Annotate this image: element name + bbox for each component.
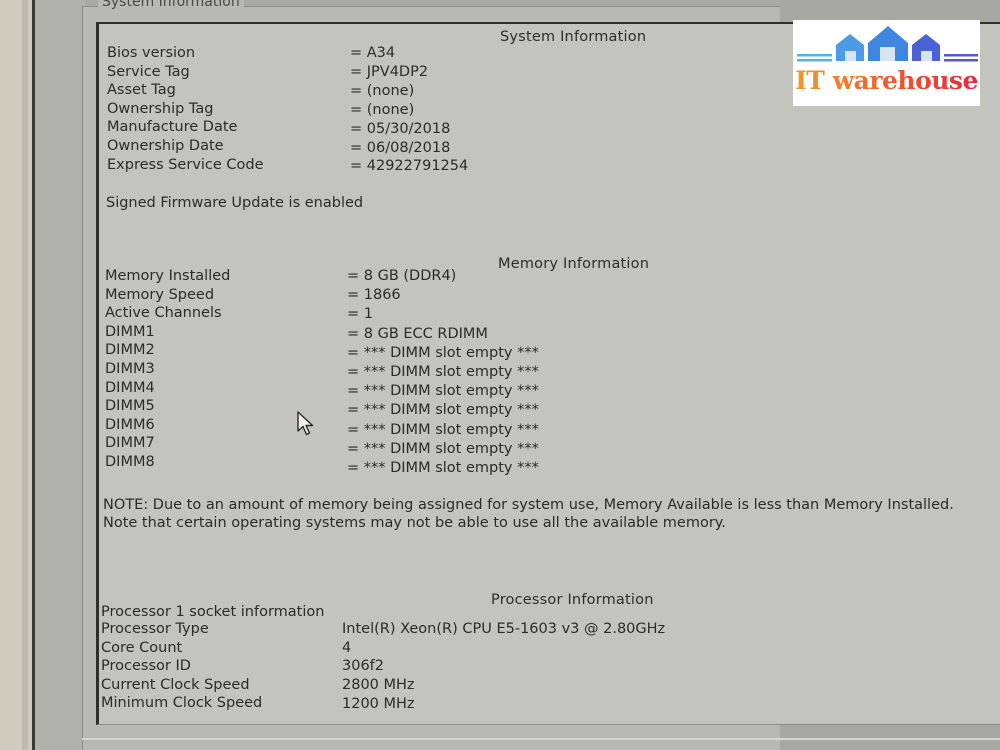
system-info-label: Manufacture Date xyxy=(107,119,237,135)
memory-info-value: = *** DIMM slot empty *** xyxy=(347,422,539,438)
processor-info-value: 4 xyxy=(342,640,351,656)
memory-info-label: DIMM8 xyxy=(105,454,155,470)
memory-information-title: Memory Information xyxy=(498,256,649,272)
memory-note: NOTE: Due to an amount of memory being a… xyxy=(103,496,963,532)
memory-info-value: = 8 GB ECC RDIMM xyxy=(347,326,488,342)
system-info-value: = A34 xyxy=(350,45,395,61)
it-warehouse-logo: IT warehouse xyxy=(793,20,980,106)
memory-info-label: DIMM1 xyxy=(105,324,155,340)
memory-info-value: = *** DIMM slot empty *** xyxy=(347,364,539,380)
processor-socket-header: Processor 1 socket information xyxy=(101,604,324,620)
processor-info-label: Processor Type xyxy=(101,621,209,637)
memory-info-label: Memory Speed xyxy=(105,287,214,303)
warehouse-icon xyxy=(793,20,980,64)
system-info-label: Ownership Tag xyxy=(107,101,213,117)
groupbox-title: System Information xyxy=(98,0,244,10)
processor-info-label: Current Clock Speed xyxy=(101,677,250,693)
system-info-label: Bios version xyxy=(107,45,195,61)
processor-info-label: Core Count xyxy=(101,640,182,656)
memory-info-value: = *** DIMM slot empty *** xyxy=(347,345,539,361)
system-info-value: = 42922791254 xyxy=(350,158,468,174)
system-info-label: Express Service Code xyxy=(107,157,264,173)
processor-info-label: Processor ID xyxy=(101,658,191,674)
processor-info-label: Minimum Clock Speed xyxy=(101,695,262,711)
memory-info-value: = *** DIMM slot empty *** xyxy=(347,460,539,476)
memory-info-value: = *** DIMM slot empty *** xyxy=(347,383,539,399)
memory-info-value: = 8 GB (DDR4) xyxy=(347,268,456,284)
window-left-frame xyxy=(0,0,35,750)
memory-info-value: = 1866 xyxy=(347,287,401,303)
system-info-value: = (none) xyxy=(350,83,414,99)
firmware-status: Signed Firmware Update is enabled xyxy=(106,195,363,211)
system-info-value: = JPV4DP2 xyxy=(350,64,428,80)
system-info-value: = (none) xyxy=(350,102,414,118)
processor-information-title: Processor Information xyxy=(491,592,654,608)
processor-info-value: 306f2 xyxy=(342,658,384,674)
processor-info-value: 1200 MHz xyxy=(342,696,415,712)
system-information-title: System Information xyxy=(500,29,646,45)
mouse-pointer-icon xyxy=(296,410,316,438)
memory-info-value: = 1 xyxy=(347,306,373,322)
system-info-value: = 06/08/2018 xyxy=(350,140,450,156)
memory-info-label: DIMM2 xyxy=(105,342,155,358)
memory-info-label: Active Channels xyxy=(105,305,222,321)
logo-text: IT warehouse xyxy=(793,66,980,95)
memory-info-label: DIMM3 xyxy=(105,361,155,377)
system-info-label: Ownership Date xyxy=(107,138,224,154)
memory-info-label: DIMM5 xyxy=(105,398,155,414)
window-gutter xyxy=(35,0,85,750)
system-info-label: Service Tag xyxy=(107,64,190,80)
processor-info-value: Intel(R) Xeon(R) CPU E5-1603 v3 @ 2.80GH… xyxy=(342,621,665,637)
system-info-label: Asset Tag xyxy=(107,82,176,98)
memory-info-value: = *** DIMM slot empty *** xyxy=(347,441,539,457)
memory-info-label: DIMM4 xyxy=(105,380,155,396)
memory-info-label: Memory Installed xyxy=(105,268,230,284)
memory-info-label: DIMM7 xyxy=(105,435,155,451)
memory-info-value: = *** DIMM slot empty *** xyxy=(347,402,539,418)
groupbox-bottom-edge xyxy=(82,738,1000,740)
system-info-value: = 05/30/2018 xyxy=(350,121,450,137)
memory-info-label: DIMM6 xyxy=(105,417,155,433)
window-left-frame-bevel xyxy=(22,0,28,750)
processor-info-value: 2800 MHz xyxy=(342,677,415,693)
